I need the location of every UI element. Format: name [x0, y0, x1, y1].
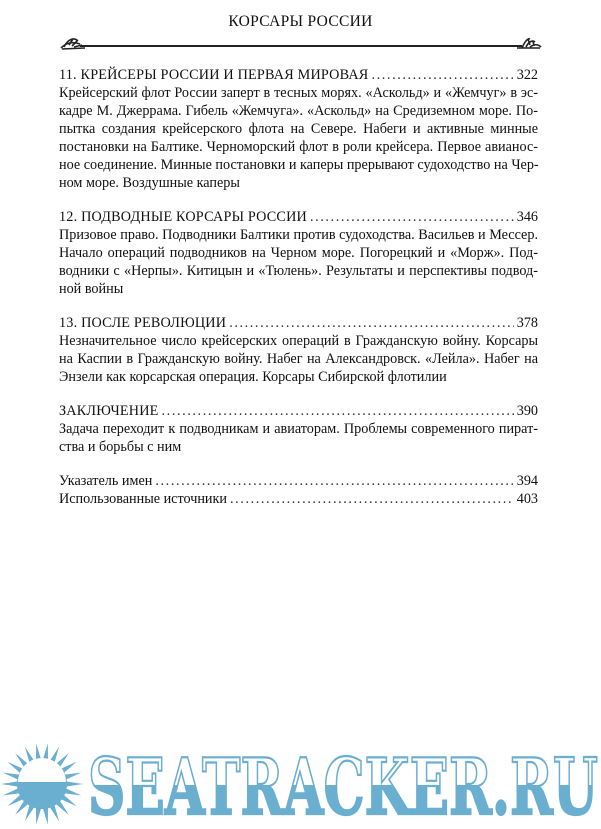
summary-line: ной войны [59, 280, 538, 298]
page-number: 390 [517, 402, 538, 420]
leader-dots [229, 314, 514, 332]
chapter-title: 11. КРЕЙСЕРЫ РОССИИ И ПЕРВАЯ МИРОВАЯ [59, 66, 368, 84]
right-flourish-icon [516, 35, 542, 51]
summary-line: Крейсерский флот России заперт в тесных … [59, 84, 538, 102]
watermark: SEATRACKER.RU SEATRACKER.RU [0, 738, 601, 829]
summary-line: на Каспии в Гражданскую войну. Набег на … [59, 350, 538, 368]
toc-entry-chapter-12: 12. ПОДВОДНЫЕ КОРСАРЫ РОССИИ 346 Призово… [59, 208, 538, 298]
sun-over-sea-icon [0, 742, 84, 826]
toc-entry-chapter-11: 11. КРЕЙСЕРЫ РОССИИ И ПЕРВАЯ МИРОВАЯ 322… [59, 66, 538, 192]
chapter-summary: Крейсерский флот России заперт в тесных … [59, 84, 538, 192]
leader-dots [371, 66, 513, 84]
summary-line: кадре М. Джеррама. Гибель «Жемчуга». «Ас… [59, 102, 538, 120]
leader-dots [230, 490, 514, 508]
section-title: Указатель имен [59, 472, 152, 490]
toc-entry-line[interactable]: 11. КРЕЙСЕРЫ РОССИИ И ПЕРВАЯ МИРОВАЯ 322 [59, 66, 538, 84]
watermark-text: SEATRACKER.RU SEATRACKER.RU [88, 748, 600, 822]
chapter-summary: Призовое право. Подводники Балтики проти… [59, 226, 538, 298]
chapter-summary: Незначительное число крейсерских операци… [59, 332, 538, 386]
page-number: 346 [517, 208, 538, 226]
toc-entry-line[interactable]: Указатель имен 394 [59, 472, 538, 490]
toc-entry-line[interactable]: ЗАКЛЮЧЕНИЕ 390 [59, 402, 538, 420]
page-number: 403 [517, 490, 538, 508]
section-title: Использованные источники [59, 490, 227, 508]
table-of-contents: 11. КРЕЙСЕРЫ РОССИИ И ПЕРВАЯ МИРОВАЯ 322… [59, 66, 538, 508]
leader-dots [310, 208, 514, 226]
summary-line: ное соединение. Минные постановки и капе… [59, 156, 538, 174]
toc-entry-line[interactable]: 12. ПОДВОДНЫЕ КОРСАРЫ РОССИИ 346 [59, 208, 538, 226]
page-number: 378 [517, 314, 538, 332]
chapter-title: 13. ПОСЛЕ РЕВОЛЮЦИИ [59, 314, 226, 332]
summary-line: Незначительное число крейсерских операци… [59, 332, 538, 350]
summary-line: Призовое право. Подводники Балтики проти… [59, 226, 538, 244]
summary-line: ства и борьбы с ним [59, 438, 538, 456]
page-header: КОРСАРЫ РОССИИ [0, 0, 601, 56]
toc-entry-line[interactable]: Использованные источники 403 [59, 490, 538, 508]
chapter-summary: Задача переходит к подводникам и авиатор… [59, 420, 538, 456]
toc-entry-chapter-13: 13. ПОСЛЕ РЕВОЛЮЦИИ 378 Незначительное ч… [59, 314, 538, 386]
header-rule [80, 45, 522, 47]
summary-line: водники с «Нерпы». Китицын и «Тюлень». Р… [59, 262, 538, 280]
summary-line: Задача переходит к подводникам и авиатор… [59, 420, 538, 438]
toc-entry-sources: Использованные источники 403 [59, 490, 538, 508]
summary-line: ном море. Воздушные каперы [59, 174, 538, 192]
running-title: КОРСАРЫ РОССИИ [0, 13, 601, 31]
summary-line: Энзели как корсарская операция. Корсары … [59, 368, 538, 386]
toc-entry-line[interactable]: 13. ПОСЛЕ РЕВОЛЮЦИИ 378 [59, 314, 538, 332]
toc-entry-name-index: Указатель имен 394 [59, 472, 538, 490]
summary-line: Начало операций подводников на Черном мо… [59, 244, 538, 262]
summary-line: пытка создания крейсерского флота на Сев… [59, 120, 538, 138]
page-number: 322 [517, 66, 538, 84]
leader-dots [162, 402, 514, 420]
summary-line: постановки на Балтике. Черноморский флот… [59, 138, 538, 156]
chapter-title: ЗАКЛЮЧЕНИЕ [59, 402, 159, 420]
page-number: 394 [517, 472, 538, 490]
left-flourish-icon [60, 35, 86, 51]
toc-entry-conclusion: ЗАКЛЮЧЕНИЕ 390 Задача переходит к подвод… [59, 402, 538, 456]
leader-dots [155, 472, 513, 490]
chapter-title: 12. ПОДВОДНЫЕ КОРСАРЫ РОССИИ [59, 208, 307, 226]
